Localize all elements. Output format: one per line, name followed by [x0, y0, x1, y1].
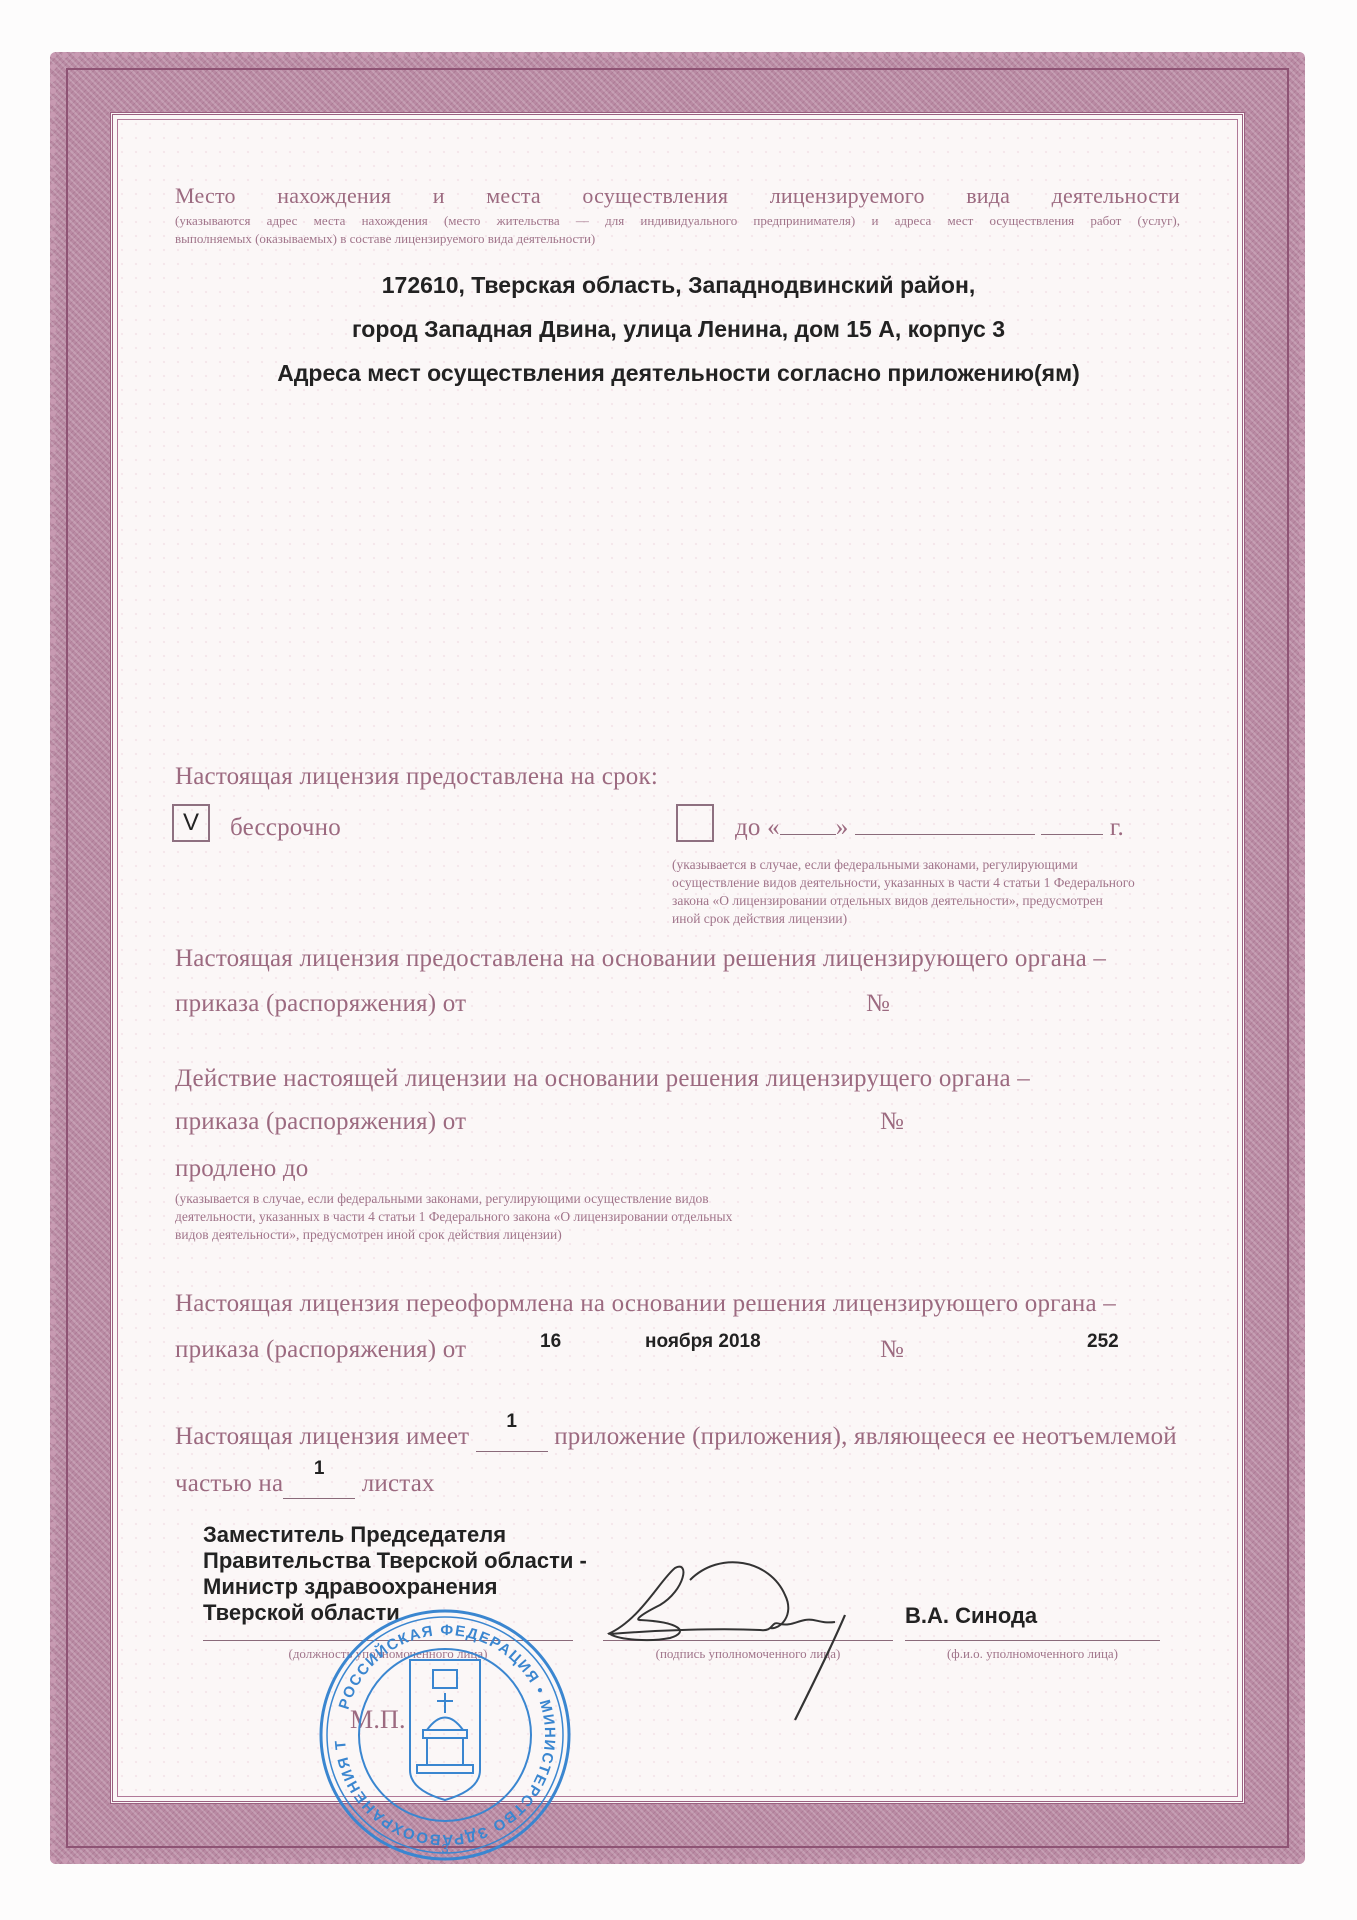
- reissue-line-2: приказа (распоряжения) от: [175, 1336, 466, 1364]
- appendix-line-1: Настоящая лицензия имеет 1 приложение (п…: [175, 1423, 1177, 1452]
- position-line-3: Министр здравоохранения: [203, 1574, 587, 1600]
- handwritten-signature: [600, 1560, 900, 1730]
- official-stamp: РОССИЙСКАЯ ФЕДЕРАЦИЯ • МИНИСТЕРСТВО ЗДРА…: [315, 1605, 575, 1865]
- location-heading: Место нахождения и места осуществления л…: [175, 183, 1180, 209]
- address-line-1: 172610, Тверская область, Западнодвински…: [0, 272, 1357, 299]
- extension-note-1: (указывается в случае, если федеральными…: [175, 1190, 709, 1208]
- extension-note-3: видов деятельности», предусмотрен иной с…: [175, 1226, 562, 1244]
- until-suffix: г.: [1110, 814, 1124, 841]
- svg-text:РОССИЙСКАЯ ФЕДЕРАЦИЯ • МИНИСТЕ: РОССИЙСКАЯ ФЕДЕРАЦИЯ • МИНИСТЕРСТВО ЗДРА…: [315, 1605, 558, 1848]
- appendix-sheets: 1: [283, 1458, 355, 1480]
- extension-number-sign: №: [880, 1108, 904, 1136]
- indefinite-checkbox[interactable]: V: [172, 804, 210, 842]
- address-line-3: Адреса мест осуществления деятельности с…: [0, 360, 1357, 387]
- appendix-part-prefix: частью на: [175, 1470, 283, 1497]
- until-note-3: закона «О лицензировании отдельных видов…: [672, 892, 1103, 910]
- basis-line-2: приказа (распоряжения) от: [175, 990, 466, 1018]
- until-note-1: (указывается в случае, если федеральными…: [672, 856, 1078, 874]
- term-heading: Настоящая лицензия предоставлена на срок…: [175, 763, 658, 791]
- extension-note-2: деятельности, указанных в части 4 статьи…: [175, 1208, 732, 1226]
- indefinite-label: бессрочно: [230, 814, 341, 842]
- appendix-count: 1: [476, 1411, 548, 1433]
- appendix-part-suffix: листах: [362, 1470, 435, 1497]
- name-underline: [905, 1640, 1160, 1641]
- name-caption: (ф.и.о. уполномоченного лица): [905, 1645, 1160, 1663]
- reissue-line-1: Настоящая лицензия переоформлена на осно…: [175, 1290, 1116, 1318]
- position-line-2: Правительства Тверской области -: [203, 1548, 587, 1574]
- until-date-checkbox[interactable]: [676, 804, 714, 842]
- svg-text:3: 3: [441, 1841, 448, 1856]
- until-mid: »: [836, 814, 849, 841]
- extension-line-2: приказа (распоряжения) от: [175, 1108, 466, 1136]
- reissue-number: 252: [1087, 1331, 1119, 1353]
- appendix-line-2: частью на1 листах: [175, 1470, 435, 1499]
- until-month-blank[interactable]: [855, 834, 1035, 835]
- location-note-1: (указываются адрес места нахождения (мес…: [175, 212, 1180, 230]
- reissue-number-sign: №: [880, 1336, 904, 1364]
- appendix-suffix: приложение (приложения), являющееся ее н…: [554, 1423, 1177, 1450]
- until-year-blank[interactable]: [1041, 834, 1103, 835]
- until-note-2: осуществление видов деятельности, указан…: [672, 874, 1135, 892]
- reissue-month-year: ноября 2018: [645, 1331, 761, 1353]
- until-note-4: иной срок действия лицензии): [672, 910, 847, 928]
- extension-line-1: Действие настоящей лицензии на основании…: [175, 1065, 1030, 1093]
- reissue-day: 16: [540, 1331, 561, 1353]
- appendix-sheets-field[interactable]: 1: [283, 1470, 355, 1499]
- location-note-2: выполняемых (оказываемых) в составе лице…: [175, 230, 595, 248]
- until-date-field: до «» г.: [735, 814, 1124, 842]
- position-line-1: Заместитель Председателя: [203, 1522, 587, 1548]
- address-line-2: город Западная Двина, улица Ленина, дом …: [0, 316, 1357, 343]
- until-day-blank[interactable]: [780, 834, 836, 835]
- appendix-count-field[interactable]: 1: [476, 1423, 548, 1452]
- appendix-prefix: Настоящая лицензия имеет: [175, 1423, 469, 1450]
- basis-line-1: Настоящая лицензия предоставлена на осно…: [175, 945, 1106, 973]
- extended-until-label: продлено до: [175, 1155, 309, 1183]
- until-prefix: до «: [735, 814, 780, 841]
- basis-number-sign: №: [866, 990, 890, 1018]
- official-name: В.А. Синода: [905, 1603, 1037, 1629]
